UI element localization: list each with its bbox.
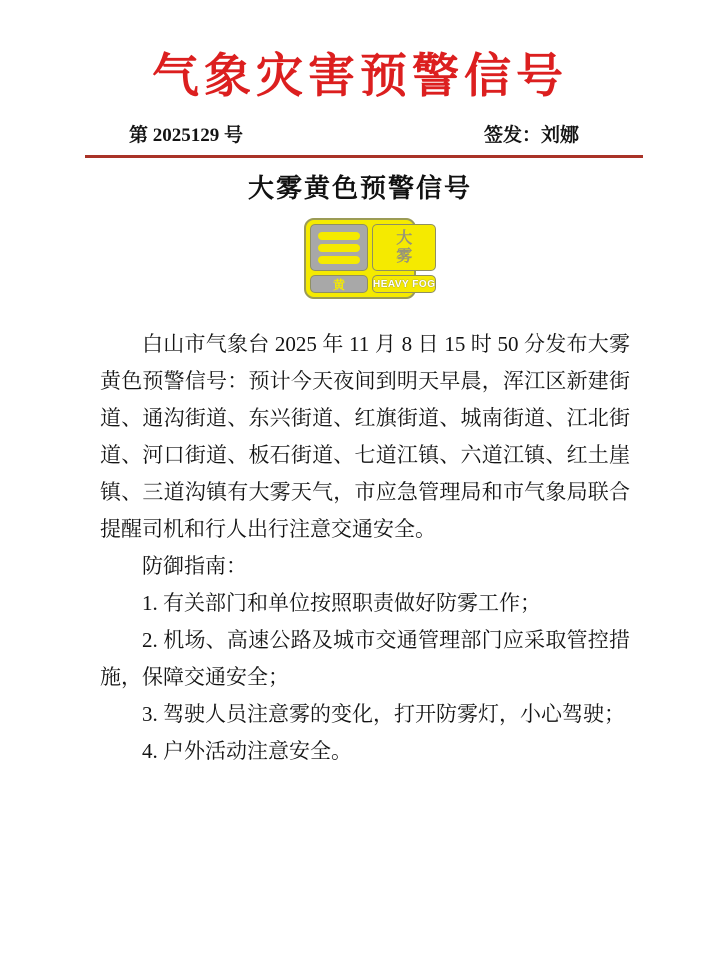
fog-label-en: HEAVY FOG — [372, 275, 436, 293]
fog-label-cn-char2: 雾 — [396, 248, 412, 266]
fog-label-cn: 大 雾 — [372, 224, 436, 271]
body-paragraph: 防御指南： — [100, 548, 630, 585]
body-paragraph: 白山市气象台 2025 年 11 月 8 日 15 时 50 分发布大雾黄色预警… — [100, 326, 630, 548]
body-paragraph: 4. 户外活动注意安全。 — [100, 733, 630, 770]
doc-meta-row: 第 2025129 号 签发：刘娜 — [85, 120, 643, 158]
fog-symbol-icon — [310, 224, 368, 271]
body-paragraph: 1. 有关部门和单位按照职责做好防雾工作； — [100, 585, 630, 622]
signer-label: 签发：刘娜 — [484, 120, 579, 147]
warning-subtitle: 大雾黄色预警信号 — [0, 168, 720, 205]
fog-bar-icon — [318, 256, 360, 264]
fog-label-cn-char1: 大 — [396, 230, 412, 248]
body-paragraph: 2. 机场、高速公路及城市交通管理部门应采取管控措施，保障交通安全； — [100, 622, 630, 696]
warning-level-badge: 黄 — [310, 275, 368, 293]
page-title: 气象灾害预警信号 — [0, 48, 720, 104]
notice-body: 白山市气象台 2025 年 11 月 8 日 15 时 50 分发布大雾黄色预警… — [100, 326, 630, 770]
doc-number: 第 2025129 号 — [129, 120, 243, 147]
fog-bar-icon — [318, 232, 360, 240]
fog-bar-icon — [318, 244, 360, 252]
warning-notice-page: 气象灾害预警信号 第 2025129 号 签发：刘娜 大雾黄色预警信号 大 雾 … — [0, 0, 720, 964]
heavy-fog-warning-icon: 大 雾 黄 HEAVY FOG — [304, 218, 416, 299]
body-paragraph: 3. 驾驶人员注意雾的变化，打开防雾灯，小心驾驶； — [100, 696, 630, 733]
